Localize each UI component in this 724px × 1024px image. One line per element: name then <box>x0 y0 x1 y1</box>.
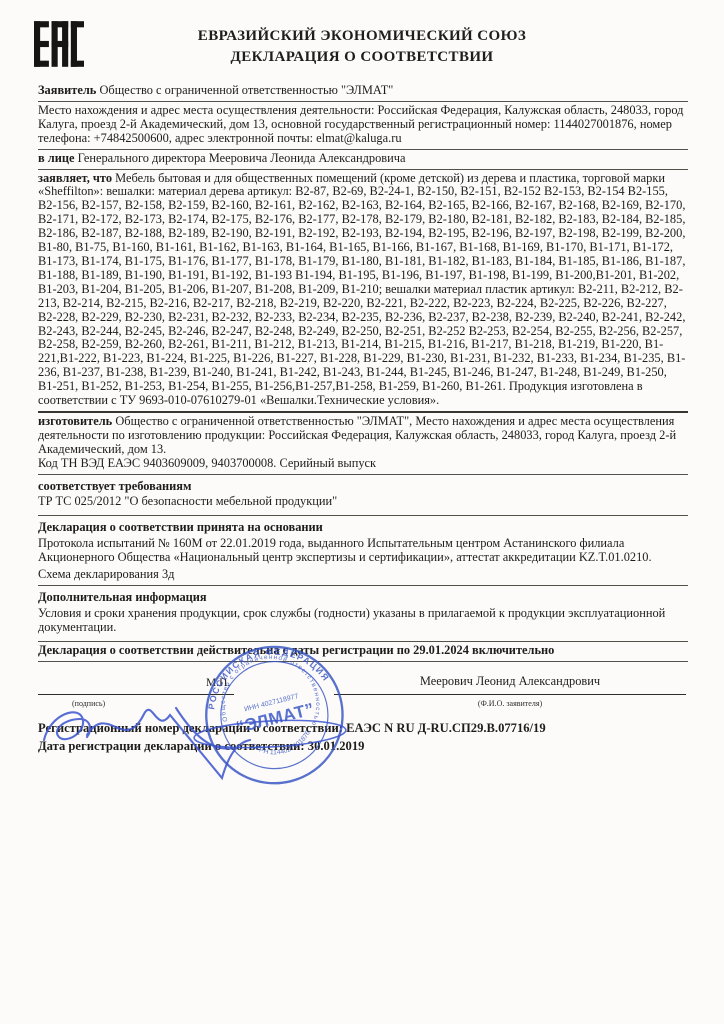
manufacturer-row: изготовитель Общество с ограниченной отв… <box>38 413 688 475</box>
registration-date-label: Дата регистрации декларации о соответств… <box>38 739 305 753</box>
stamp-place-label: М.П. <box>206 677 230 691</box>
compliance-row: соответствует требованиям ТР ТС 025/2012… <box>38 475 688 517</box>
basis-text: Протокола испытаний № 160М от 22.01.2019… <box>38 536 688 568</box>
declaration-subject-row: заявляет, что Мебель бытовая и для общес… <box>38 170 688 413</box>
title-line-1: ЕВРАЗИЙСКИЙ ЭКОНОМИЧЕСКИЙ СОЮЗ <box>0 26 724 47</box>
declares-text: Мебель бытовая и для общественных помеще… <box>38 171 685 408</box>
additional-info-heading: Дополнительная информация <box>38 588 688 606</box>
signatory-name-line <box>334 694 686 695</box>
registration-date-value: 30.01.2019 <box>308 739 365 753</box>
representative-label: в лице <box>38 151 75 165</box>
additional-info-text: Условия и сроки хранения продукции, срок… <box>38 606 688 638</box>
applicant-row: Заявитель Общество с ограниченной ответс… <box>38 82 688 102</box>
representative-value: Генерального директора Мееровича Леонида… <box>78 151 406 165</box>
declaration-scheme: Схема декларирования 3д <box>38 568 688 582</box>
document-body: Заявитель Общество с ограниченной ответс… <box>38 82 688 756</box>
signatory-name-caption: (Ф.И.О. заявителя) <box>334 697 686 711</box>
manufacturer-text: Общество с ограниченной ответственностью… <box>38 414 676 456</box>
representative-row: в лице Генерального директора Мееровича … <box>38 150 688 170</box>
registration-date-row: Дата регистрации декларации о соответств… <box>38 737 688 757</box>
registration-number-value: ЕАЭС N RU Д-RU.СП29.В.07716/19 <box>346 721 546 735</box>
signatory-name: Меерович Леонид Александрович <box>334 675 686 689</box>
additional-info-row: Дополнительная информация Условия и срок… <box>38 586 688 642</box>
registration-number-row: Регистрационный номер декларации о соотв… <box>38 718 688 737</box>
tnved-code-line: Код ТН ВЭД ЕАЭС 9403609009, 9403700008. … <box>38 457 688 471</box>
manufacturer-label: изготовитель <box>38 414 112 428</box>
eac-mark-icon <box>34 18 84 75</box>
declares-label: заявляет, что <box>38 171 112 185</box>
address-text: Место нахождения и адрес места осуществл… <box>38 103 683 145</box>
applicant-value: Общество с ограниченной ответственностью… <box>99 83 393 97</box>
signature-line <box>38 694 234 695</box>
title-line-2: ДЕКЛАРАЦИЯ О СООТВЕТСТВИИ <box>0 47 724 68</box>
registration-number-label: Регистрационный номер декларации о соотв… <box>38 721 343 735</box>
declaration-document: ЕВРАЗИЙСКИЙ ЭКОНОМИЧЕСКИЙ СОЮЗ ДЕКЛАРАЦИ… <box>0 0 724 1024</box>
validity-row: Декларация о соответствии действительна … <box>38 642 688 662</box>
basis-heading: Декларация о соответствии принята на осн… <box>38 518 688 536</box>
signature-caption: (подпись) <box>72 697 105 711</box>
document-title: ЕВРАЗИЙСКИЙ ЭКОНОМИЧЕСКИЙ СОЮЗ ДЕКЛАРАЦИ… <box>0 0 724 68</box>
manufacturer-paragraph: изготовитель Общество с ограниченной отв… <box>38 415 688 457</box>
compliance-heading: соответствует требованиям <box>38 477 688 495</box>
applicant-label: Заявитель <box>38 83 96 97</box>
basis-row: Декларация о соответствии принята на осн… <box>38 516 688 586</box>
address-row: Место нахождения и адрес места осуществл… <box>38 102 688 150</box>
signature-section: (подпись) М.П. Меерович Леонид Александр… <box>38 662 688 718</box>
compliance-text: ТР ТС 025/2012 "О безопасности мебельной… <box>38 494 688 512</box>
